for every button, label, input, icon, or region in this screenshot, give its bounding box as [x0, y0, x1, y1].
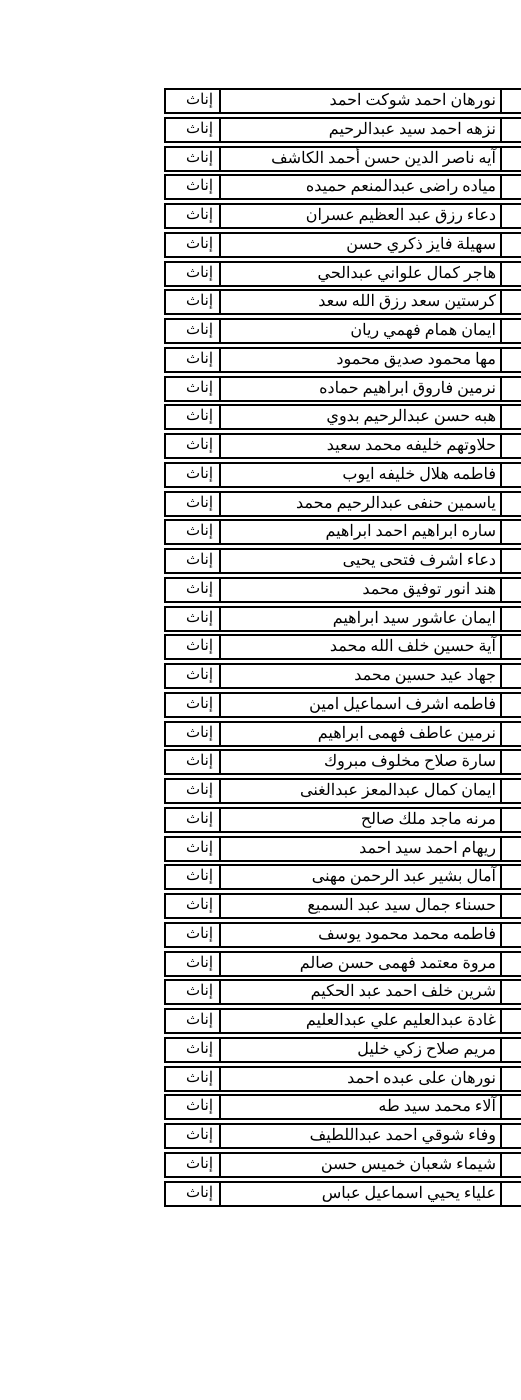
- cutoff-empty-cell: [502, 205, 521, 227]
- table-row: إناث نرمين فاروق ابراهيم حماده: [164, 376, 521, 402]
- table-row: إناث نزهه احمد سيد عبدالرحيم: [164, 117, 521, 143]
- table-row: إناث سارة صلاح مخلوف مبروك: [164, 749, 521, 775]
- name-cell: حلاوتهم خليفه محمد سعيد: [221, 435, 502, 457]
- cutoff-empty-cell: [502, 464, 521, 486]
- table-row: إناث نورهان احمد شوكت احمد: [164, 88, 521, 114]
- gender-cell: إناث: [166, 320, 221, 342]
- cutoff-empty-cell: [502, 751, 521, 773]
- gender-cell: إناث: [166, 378, 221, 400]
- gender-cell: إناث: [166, 234, 221, 256]
- cutoff-empty-cell: [502, 291, 521, 313]
- cutoff-empty-cell: [502, 435, 521, 457]
- table-row: إناث آمال بشير عبد الرحمن مهنى: [164, 864, 521, 890]
- cutoff-empty-cell: [502, 320, 521, 342]
- name-cell: فاطمه اشرف اسماعيل امين: [221, 694, 502, 716]
- cutoff-empty-cell: [502, 550, 521, 572]
- name-cell: مياده راضى عبدالمنعم حميده: [221, 176, 502, 198]
- name-cell: فاطمه هلال خليفه ايوب: [221, 464, 502, 486]
- gender-cell: إناث: [166, 493, 221, 515]
- table-row: إناث فاطمه محمد محمود يوسف: [164, 922, 521, 948]
- table-row: إناث آيه ناصر الدين حسن أحمد الكاشف: [164, 146, 521, 172]
- table-row: إناث وفاء شوقي احمد عبداللطيف: [164, 1123, 521, 1149]
- gender-cell: إناث: [166, 1039, 221, 1061]
- name-cell: شرين خلف احمد عبد الحكيم: [221, 981, 502, 1003]
- name-cell: ايمان عاشور سيد ابراهيم: [221, 608, 502, 630]
- gender-cell: إناث: [166, 1096, 221, 1118]
- table-row: إناث دعاء اشرف فتحى يحيى: [164, 548, 521, 574]
- cutoff-empty-cell: [502, 838, 521, 860]
- gender-cell: إناث: [166, 866, 221, 888]
- gender-cell: إناث: [166, 435, 221, 457]
- cutoff-empty-cell: [502, 406, 521, 428]
- cutoff-empty-cell: [502, 895, 521, 917]
- name-cell: نورهان احمد شوكت احمد: [221, 90, 502, 112]
- cutoff-empty-cell: [502, 780, 521, 802]
- name-cell: علياء يحيي اسماعيل عباس: [221, 1183, 502, 1205]
- name-cell: ساره ابراهيم احمد ابراهيم: [221, 521, 502, 543]
- table-row: إناث حلاوتهم خليفه محمد سعيد: [164, 433, 521, 459]
- name-cell: مروة معتمد فهمى حسن صالم: [221, 953, 502, 975]
- name-cell: غادة عبدالعليم علي عبدالعليم: [221, 1010, 502, 1032]
- gender-cell: إناث: [166, 464, 221, 486]
- document-page: إناث نورهان احمد شوكت احمد إناث نزهه احم…: [0, 0, 521, 1400]
- table-row: إناث جهاد عيد حسين محمد: [164, 663, 521, 689]
- cutoff-empty-cell: [502, 665, 521, 687]
- cutoff-empty-cell: [502, 694, 521, 716]
- gender-cell: إناث: [166, 291, 221, 313]
- cutoff-empty-cell: [502, 1096, 521, 1118]
- name-cell: نرمين عاطف فهمى ابراهيم: [221, 723, 502, 745]
- cutoff-empty-cell: [502, 953, 521, 975]
- name-cell: سهيلة فايز ذكري حسن: [221, 234, 502, 256]
- table-row: إناث مها محمود صديق محمود: [164, 347, 521, 373]
- gender-cell: إناث: [166, 1125, 221, 1147]
- cutoff-empty-cell: [502, 521, 521, 543]
- gender-cell: إناث: [166, 90, 221, 112]
- cutoff-empty-cell: [502, 148, 521, 170]
- name-cell: نرمين فاروق ابراهيم حماده: [221, 378, 502, 400]
- table-row: إناث هند انور توفيق محمد: [164, 577, 521, 603]
- cutoff-empty-cell: [502, 866, 521, 888]
- table-row: إناث ساره ابراهيم احمد ابراهيم: [164, 519, 521, 545]
- gender-cell: إناث: [166, 1068, 221, 1090]
- cutoff-empty-cell: [502, 119, 521, 141]
- name-cell: ايمان همام فهمي ريان: [221, 320, 502, 342]
- name-cell: هاجر كمال علواني عبدالحي: [221, 263, 502, 285]
- table-row: إناث فاطمه اشرف اسماعيل امين: [164, 692, 521, 718]
- gender-cell: إناث: [166, 521, 221, 543]
- table-row: إناث نرمين عاطف فهمى ابراهيم: [164, 721, 521, 747]
- cutoff-empty-cell: [502, 924, 521, 946]
- table-row: إناث شيماء شعبان خميس حسن: [164, 1152, 521, 1178]
- table-row: إناث هبه حسن عبدالرحيم بدوي: [164, 404, 521, 430]
- name-cell: دعاء اشرف فتحى يحيى: [221, 550, 502, 572]
- cutoff-empty-cell: [502, 1183, 521, 1205]
- gender-cell: إناث: [166, 924, 221, 946]
- cutoff-empty-cell: [502, 1039, 521, 1061]
- name-cell: مرنه ماجد ملك صالح: [221, 809, 502, 831]
- name-cell: آية حسين خلف الله محمد: [221, 636, 502, 658]
- cutoff-empty-cell: [502, 981, 521, 1003]
- cutoff-empty-cell: [502, 1010, 521, 1032]
- name-cell: كرستين سعد رزق الله سعد: [221, 291, 502, 313]
- table-row: إناث ايمان همام فهمي ريان: [164, 318, 521, 344]
- table-row: إناث كرستين سعد رزق الله سعد: [164, 289, 521, 315]
- name-cell: آيه ناصر الدين حسن أحمد الكاشف: [221, 148, 502, 170]
- table-row: إناث سهيلة فايز ذكري حسن: [164, 232, 521, 258]
- gender-cell: إناث: [166, 895, 221, 917]
- cutoff-empty-cell: [502, 378, 521, 400]
- gender-cell: إناث: [166, 751, 221, 773]
- gender-cell: إناث: [166, 1183, 221, 1205]
- name-cell: دعاء رزق عبد العظيم عسران: [221, 205, 502, 227]
- name-cell: مريم صلاح زكي خليل: [221, 1039, 502, 1061]
- name-cell: هند انور توفيق محمد: [221, 579, 502, 601]
- cutoff-empty-cell: [502, 636, 521, 658]
- name-cell: آلاء محمد سيد طه: [221, 1096, 502, 1118]
- gender-cell: إناث: [166, 608, 221, 630]
- table-row: إناث نورهان على عبده احمد: [164, 1066, 521, 1092]
- table-row: إناث علياء يحيي اسماعيل عباس: [164, 1181, 521, 1207]
- cutoff-empty-cell: [502, 1068, 521, 1090]
- table-row: إناث ايمان عاشور سيد ابراهيم: [164, 606, 521, 632]
- name-cell: مها محمود صديق محمود: [221, 349, 502, 371]
- cutoff-empty-cell: [502, 1125, 521, 1147]
- table-row: إناث مياده راضى عبدالمنعم حميده: [164, 174, 521, 200]
- table-row: إناث ايمان كمال عبدالمعز عبدالغنى: [164, 778, 521, 804]
- cutoff-empty-cell: [502, 349, 521, 371]
- gender-cell: إناث: [166, 953, 221, 975]
- cutoff-empty-cell: [502, 493, 521, 515]
- table-row: إناث ريهام احمد سيد احمد: [164, 836, 521, 862]
- name-cell: وفاء شوقي احمد عبداللطيف: [221, 1125, 502, 1147]
- gender-cell: إناث: [166, 148, 221, 170]
- table-row: إناث مرنه ماجد ملك صالح: [164, 807, 521, 833]
- cutoff-empty-cell: [502, 608, 521, 630]
- gender-cell: إناث: [166, 550, 221, 572]
- table-row: إناث شرين خلف احمد عبد الحكيم: [164, 979, 521, 1005]
- name-cell: ايمان كمال عبدالمعز عبدالغنى: [221, 780, 502, 802]
- cutoff-empty-cell: [502, 176, 521, 198]
- name-cell: جهاد عيد حسين محمد: [221, 665, 502, 687]
- gender-cell: إناث: [166, 205, 221, 227]
- gender-cell: إناث: [166, 981, 221, 1003]
- cutoff-empty-cell: [502, 263, 521, 285]
- name-cell: سارة صلاح مخلوف مبروك: [221, 751, 502, 773]
- cutoff-empty-cell: [502, 90, 521, 112]
- table-row: إناث فاطمه هلال خليفه ايوب: [164, 462, 521, 488]
- gender-cell: إناث: [166, 176, 221, 198]
- gender-cell: إناث: [166, 263, 221, 285]
- gender-cell: إناث: [166, 406, 221, 428]
- gender-cell: إناث: [166, 1154, 221, 1176]
- table-row: إناث مريم صلاح زكي خليل: [164, 1037, 521, 1063]
- name-cell: حسناء جمال سيد عبد السميع: [221, 895, 502, 917]
- gender-cell: إناث: [166, 119, 221, 141]
- gender-cell: إناث: [166, 349, 221, 371]
- gender-cell: إناث: [166, 579, 221, 601]
- table-row: إناث آلاء محمد سيد طه: [164, 1094, 521, 1120]
- gender-cell: إناث: [166, 1010, 221, 1032]
- gender-cell: إناث: [166, 665, 221, 687]
- cutoff-empty-cell: [502, 234, 521, 256]
- table-row: إناث هاجر كمال علواني عبدالحي: [164, 261, 521, 287]
- name-cell: ياسمين حنفى عبدالرحيم محمد: [221, 493, 502, 515]
- table-row: إناث ياسمين حنفى عبدالرحيم محمد: [164, 491, 521, 517]
- gender-cell: إناث: [166, 723, 221, 745]
- cutoff-empty-cell: [502, 809, 521, 831]
- name-cell: شيماء شعبان خميس حسن: [221, 1154, 502, 1176]
- cutoff-empty-cell: [502, 1154, 521, 1176]
- gender-cell: إناث: [166, 636, 221, 658]
- name-cell: فاطمه محمد محمود يوسف: [221, 924, 502, 946]
- gender-cell: إناث: [166, 694, 221, 716]
- cutoff-empty-cell: [502, 723, 521, 745]
- table-row: إناث غادة عبدالعليم علي عبدالعليم: [164, 1008, 521, 1034]
- gender-cell: إناث: [166, 780, 221, 802]
- gender-cell: إناث: [166, 838, 221, 860]
- name-cell: نزهه احمد سيد عبدالرحيم: [221, 119, 502, 141]
- table-row: إناث مروة معتمد فهمى حسن صالم: [164, 951, 521, 977]
- name-cell: هبه حسن عبدالرحيم بدوي: [221, 406, 502, 428]
- names-roster-table: إناث نورهان احمد شوكت احمد إناث نزهه احم…: [164, 88, 521, 1209]
- name-cell: ريهام احمد سيد احمد: [221, 838, 502, 860]
- table-row: إناث حسناء جمال سيد عبد السميع: [164, 893, 521, 919]
- cutoff-empty-cell: [502, 579, 521, 601]
- table-row: إناث دعاء رزق عبد العظيم عسران: [164, 203, 521, 229]
- gender-cell: إناث: [166, 809, 221, 831]
- table-row: إناث آية حسين خلف الله محمد: [164, 634, 521, 660]
- name-cell: آمال بشير عبد الرحمن مهنى: [221, 866, 502, 888]
- name-cell: نورهان على عبده احمد: [221, 1068, 502, 1090]
